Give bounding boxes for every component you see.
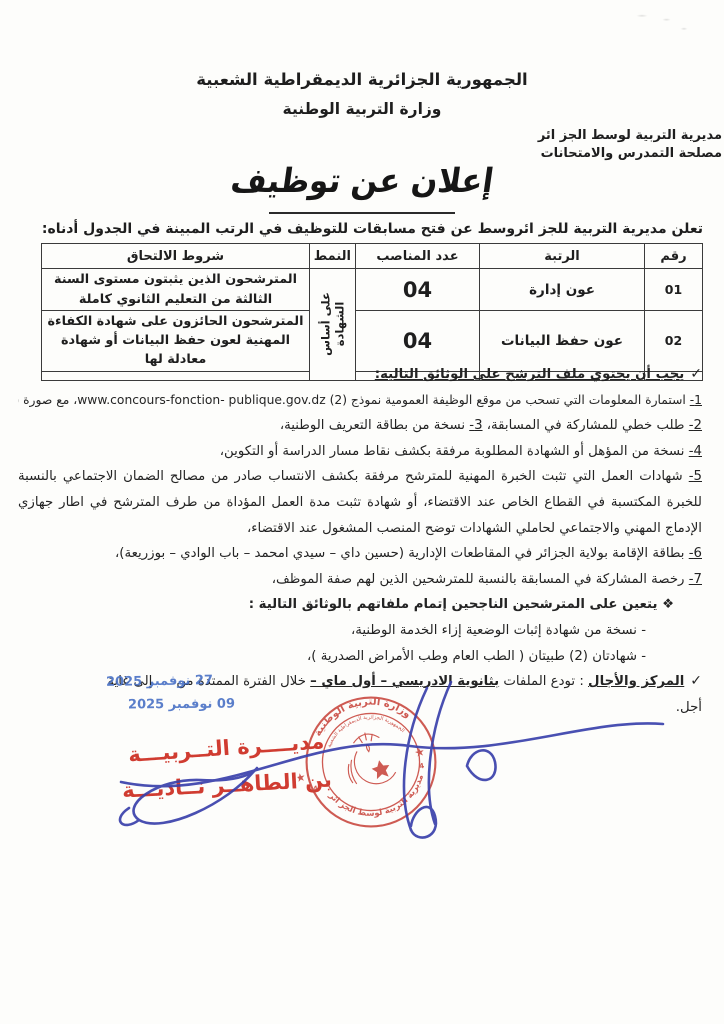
doc-item-5: 5- شهادات العمل التي تثبت الخبرة المهنية… <box>18 464 702 541</box>
row-number: 01 <box>645 269 703 311</box>
item-text: بطاقة الإقامة بولاية الجزائر في المقاطعا… <box>115 546 689 561</box>
positions-count: 04 <box>356 269 480 311</box>
announcement-title-text: إعلان عن توظيف <box>228 162 496 201</box>
title-underline <box>269 212 455 214</box>
doc-item-1: 1- استمارة المعلومات التي تسحب من موقع ا… <box>18 388 702 414</box>
item-text: طلب خطي للمشاركة في المسابقة، <box>483 418 689 433</box>
col-header-conditions: شروط الالتحاق <box>42 244 310 269</box>
service-name: مصلحة التمدرس والامتحانات <box>538 145 722 163</box>
rank-cell: عون إدارة <box>480 269 645 311</box>
ministry-title: وزارة التربية الوطنية <box>0 100 724 118</box>
doc-item-2-3: 2- طلب خطي للمشاركة في المسابقة، 3- نسخة… <box>18 413 702 439</box>
vertical-mode-text: على أساس الشهادة <box>318 281 347 367</box>
docs-heading-text: يجب أن يحتوي ملف الترشح على الوثائق التا… <box>375 367 684 382</box>
col-header-positions: عدد المناصب <box>356 244 480 269</box>
item-text: استمارة المعلومات التي تسحب من موقع الوظ… <box>18 393 690 407</box>
docs-heading: ✓يجب أن يحتوي ملف الترشح على الوثائق الت… <box>18 362 702 388</box>
header-block: الجمهورية الجزائرية الديمقراطية الشعبية … <box>0 70 724 118</box>
conditions-cell: المترشحون الذين يثبتون مستوى السنة الثال… <box>42 269 310 311</box>
item-number: 2- <box>689 418 702 433</box>
winners-heading-text: يتعين على المترشحين الناجحين إتمام ملفات… <box>249 597 662 612</box>
item-text: رخصة المشاركة في المسابقة بالنسبة للمترش… <box>272 572 689 587</box>
item-text: نسخة من المؤهل أو الشهادة المطلوبة مرفقة… <box>220 444 689 459</box>
item-number: 1- <box>690 393 702 407</box>
directorate-block: مديرية التربية لوسط الجز ائر مصلحة التمد… <box>538 127 722 162</box>
republic-title: الجمهورية الجزائرية الديمقراطية الشعبية <box>0 70 724 89</box>
item-text: شهادات العمل التي تثبت الخبرة المهنية لل… <box>18 469 702 535</box>
scan-smudge <box>628 8 698 34</box>
body-content: ✓يجب أن يحتوي ملف الترشح على الوثائق الت… <box>18 362 702 720</box>
directorate-name: مديرية التربية لوسط الجز ائر <box>538 127 722 145</box>
signature-stroke <box>120 682 663 838</box>
doc-item-4: 4- نسخة من المؤهل أو الشهادة المطلوبة مر… <box>18 439 702 465</box>
signature-svg <box>105 672 675 847</box>
doc-item-7: 7- رخصة المشاركة في المسابقة بالنسبة للم… <box>18 567 702 593</box>
winners-heading: ❖ يتعين على المترشحين الناجحين إتمام ملف… <box>18 592 702 618</box>
document-page: الجمهورية الجزائرية الديمقراطية الشعبية … <box>0 0 724 1024</box>
check-icon: ✓ <box>690 669 702 695</box>
announcement-title: إعلان عن توظيف <box>0 163 724 199</box>
check-icon: ✓ <box>690 362 702 388</box>
intro-text: تعلن مديرية التربية للجز ائروسط عن فتح م… <box>20 221 703 237</box>
item-text: نسخة من بطاقة التعريف الوطنية، <box>280 418 469 433</box>
col-header-num: رقم <box>645 244 703 269</box>
winner-item: - شهادتان (2) طبيتان ( الطب العام وطب ال… <box>18 644 702 670</box>
winner-item: - نسخة من شهادة إثبات الوضعية إزاء الخدم… <box>18 618 702 644</box>
table-row: 01 عون إدارة 04 على أساس الشهادة المترشح… <box>42 269 703 311</box>
item-number: 3- <box>469 418 482 433</box>
doc-item-6: 6- بطاقة الإقامة بولاية الجزائر في المقا… <box>18 541 702 567</box>
item-number: 4- <box>689 444 702 459</box>
positions-table: رقم الرتبة عدد المناصب النمط شروط الالتح… <box>41 243 703 381</box>
table-header-row: رقم الرتبة عدد المناصب النمط شروط الالتح… <box>42 244 703 269</box>
item-number: 6- <box>689 546 702 561</box>
col-header-rank: الرتبة <box>480 244 645 269</box>
item-number: 7- <box>689 572 702 587</box>
col-header-mode: النمط <box>310 244 356 269</box>
item-number: 5- <box>689 469 702 484</box>
diamond-icon: ❖ <box>662 597 674 612</box>
